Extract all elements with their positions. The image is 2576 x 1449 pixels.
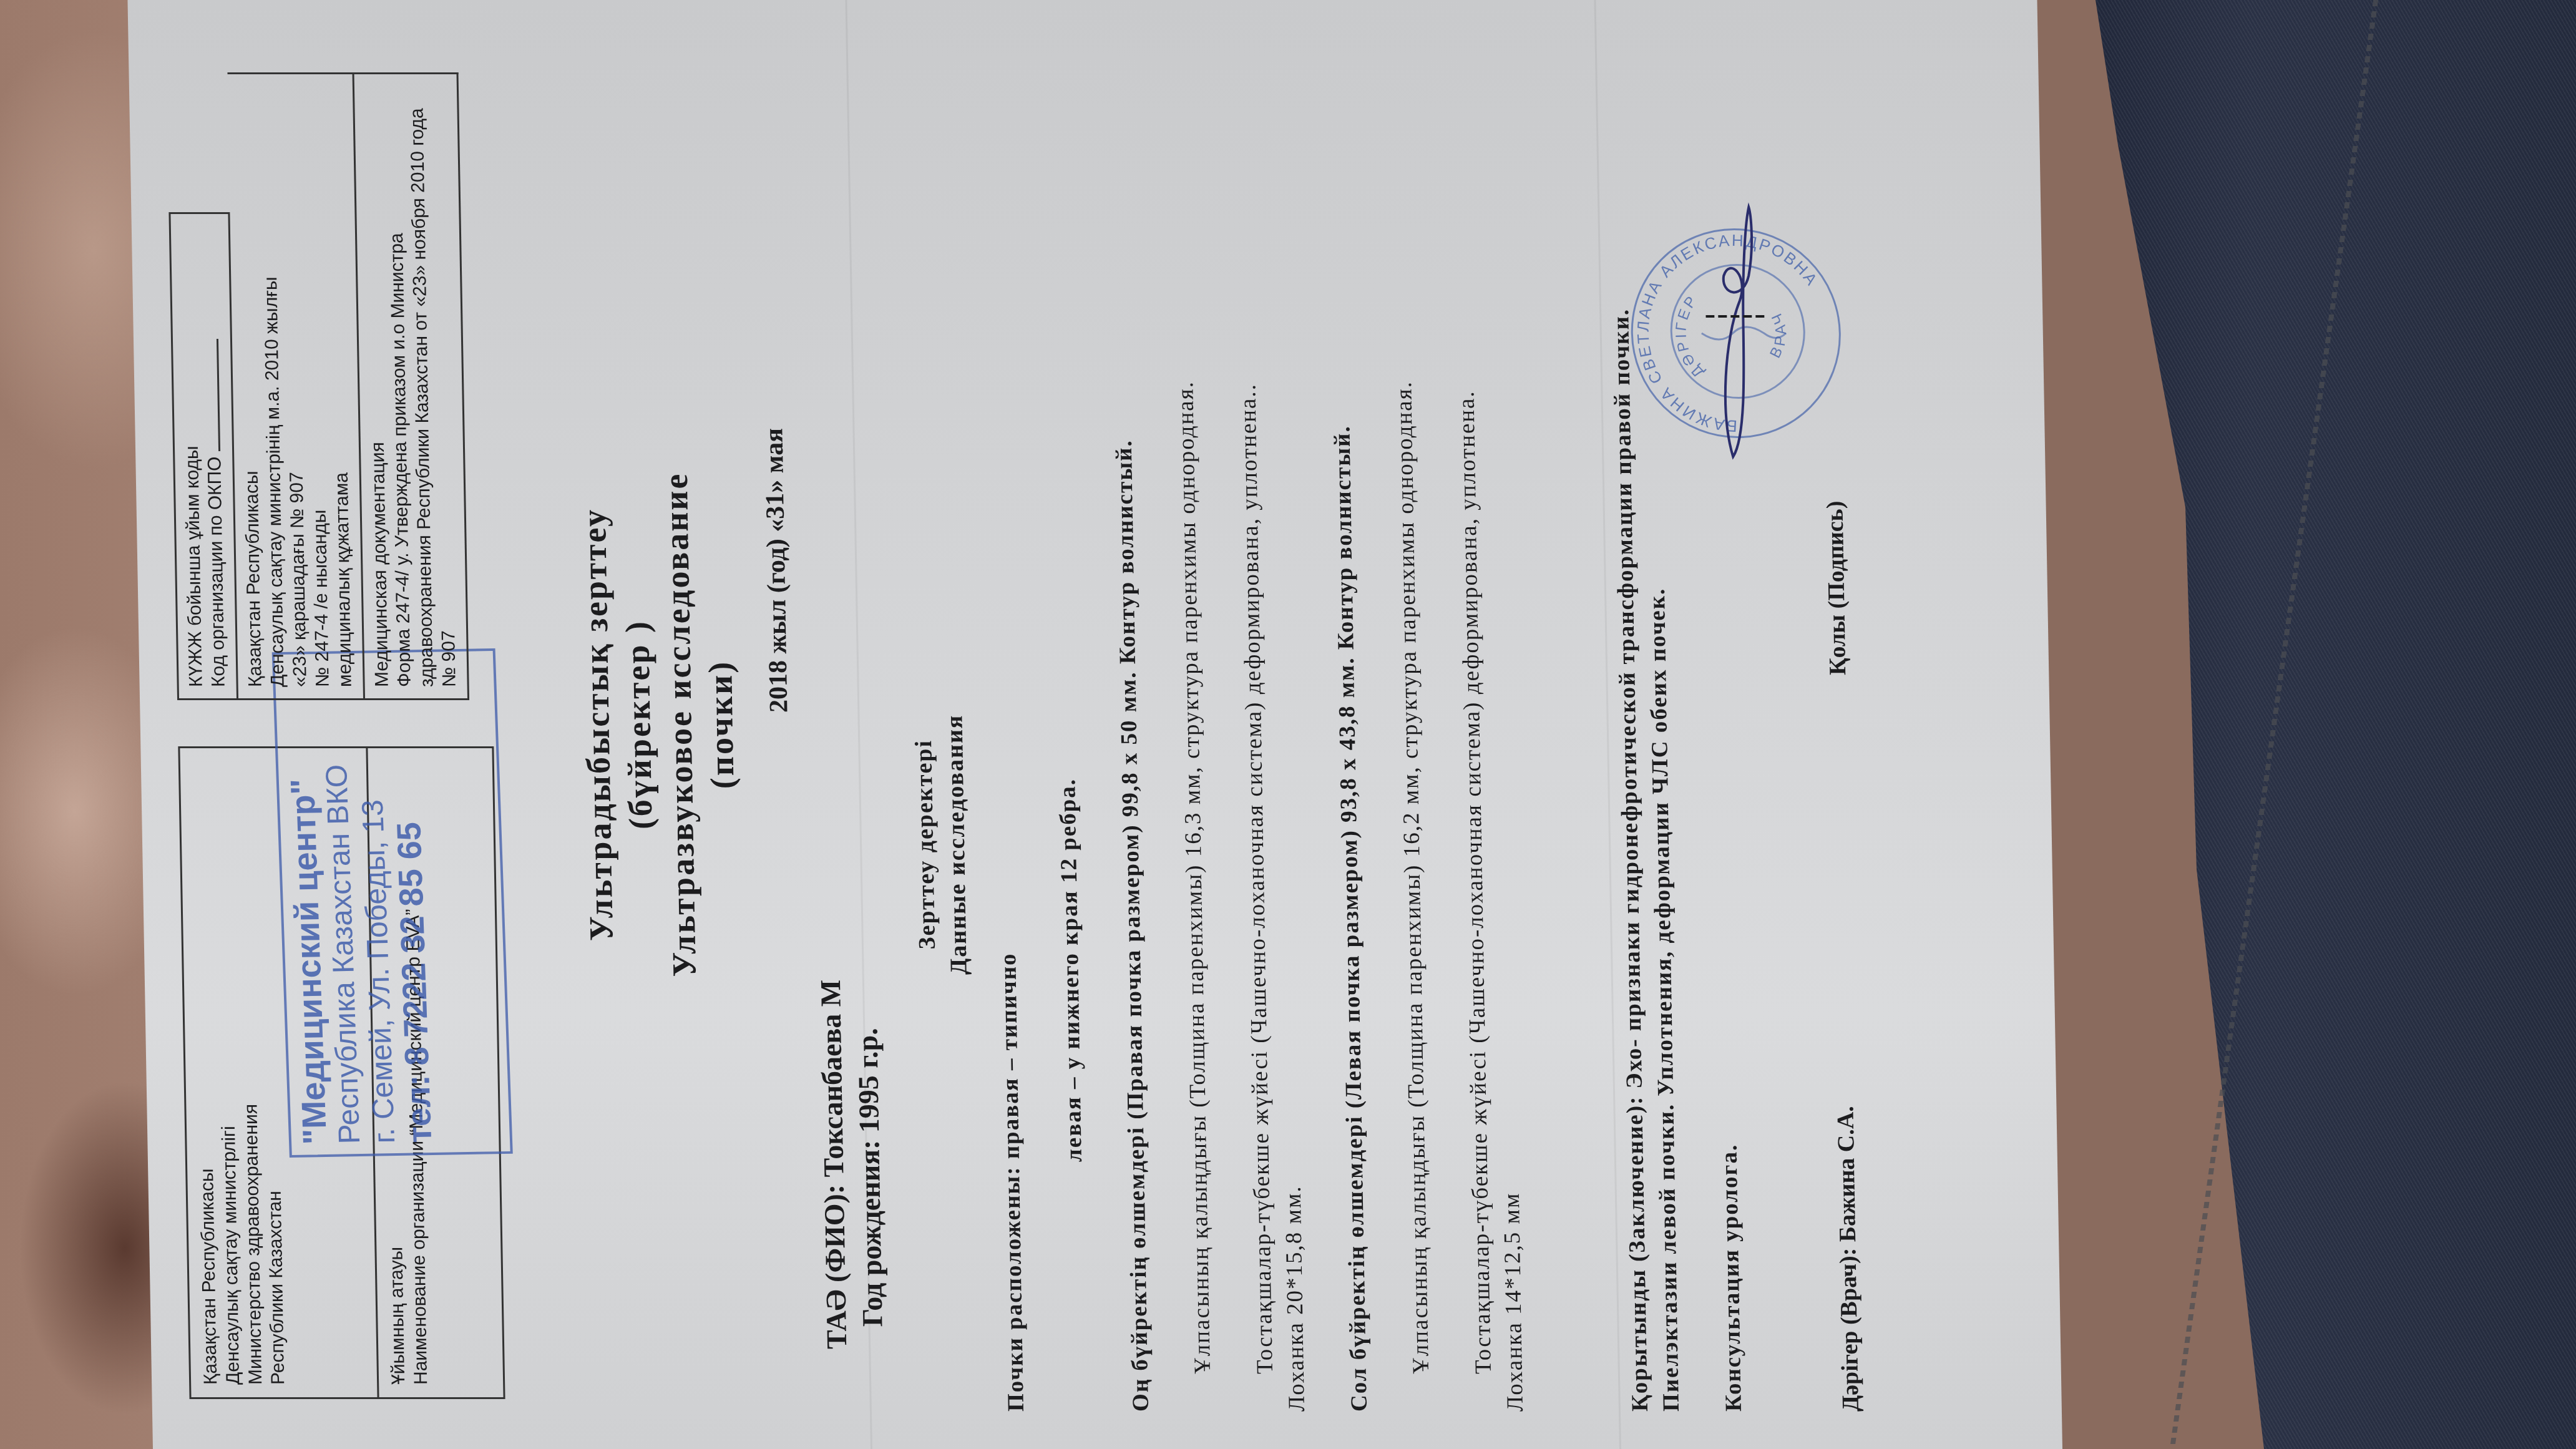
okpo-label-ru: Код организации по ОКПО — [204, 457, 228, 687]
patient-birth-year: Год рождения: 1995 г.р. — [849, 980, 891, 1349]
report-title: Ультрадыбыстық зерттеу (бүйректер ) Ульт… — [564, 0, 754, 1449]
doctor-signature — [1704, 201, 1770, 463]
data-header-ru: Данные исследования — [939, 715, 974, 975]
data-header-kz: Зерттеу деректері — [907, 715, 943, 975]
clinic-stamp: "Медицинский центр" Республика Казахстан… — [272, 648, 513, 1158]
form-header: Қазақстан Республикасы Денсаулық сақтау … — [165, 0, 577, 1449]
document-photo: Қазақстан Республикасы Денсаулық сақтау … — [0, 0, 2576, 1449]
signature-label: Қолы (Подпись) — [1821, 501, 1851, 675]
patient-name: ТАӘ (ФИО): Токсанбаева М — [812, 980, 855, 1349]
data-section-header: Зерттеу деректері Данные исследования — [907, 715, 974, 975]
doctor-name: Дәрігер (Врач): Бажина С.А. — [1832, 1106, 1865, 1412]
findings: Почки расположены: правая – типично лева… — [977, 14, 1750, 1412]
ultrasound-report-page: Қазақстан Республикасы Денсаулық сақтау … — [127, 0, 2062, 1449]
exam-date: 2018 жыл (год) «31» мая — [759, 428, 794, 713]
form-approval-box: Қазақстан Республикасы Денсаулық сақтау … — [227, 72, 469, 700]
okpo-box: КҮЖЖ бойынша ұйым коды Код организации п… — [168, 212, 238, 700]
org-name-label-ru: Наименование организации — [406, 1141, 431, 1385]
form-info-box: КҮЖЖ бойынша ұйым коды Код организации п… — [166, 39, 470, 700]
patient-info: ТАӘ (ФИО): Токсанбаева М Год рождения: 1… — [812, 980, 891, 1349]
report-footer: Дәрігер (Врач): Бажина С.А. Қолы (Подпис… — [1813, 14, 1837, 1412]
okpo-blank-line — [217, 339, 220, 451]
